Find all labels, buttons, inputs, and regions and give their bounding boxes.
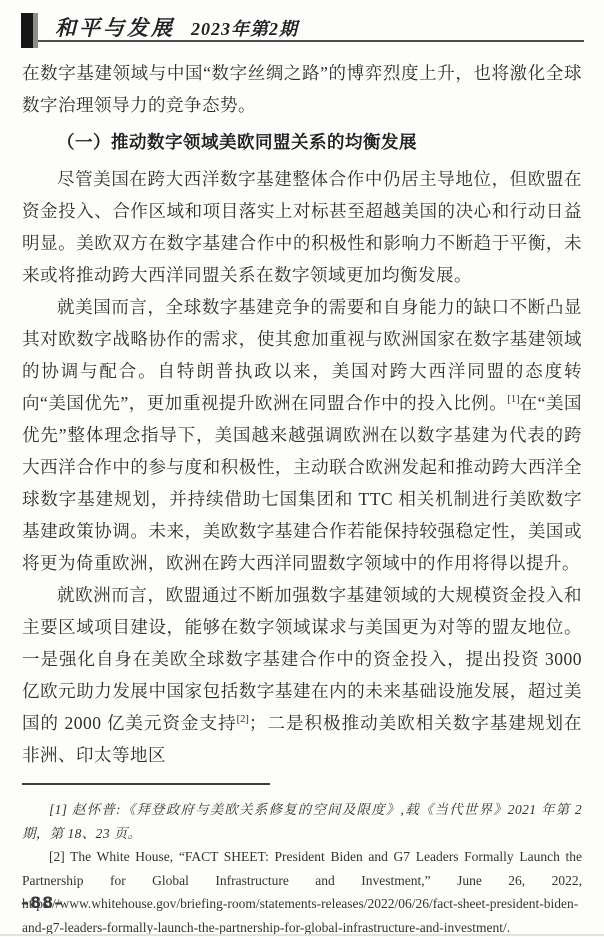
journal-title: 和平与发展: [55, 16, 175, 40]
journal-page: 和平与发展 2023年第2期 在数字基建领域与中国“数字丝绸之路”的博弈烈度上升…: [0, 0, 604, 937]
footnote-ref-2: [2]: [237, 714, 249, 725]
header-rule: [38, 40, 584, 42]
body-paragraph-1: 在数字基建领域与中国“数字丝绸之路”的博弈烈度上升，也将激化全球数字治理领导力的…: [22, 57, 582, 121]
footnote-separator-rule: [22, 783, 270, 785]
paragraph-4-text-pre: 就欧洲而言，欧盟通过不断加强数字基建领域的大规模资金投入和主要区域项目建设，能够…: [22, 585, 582, 733]
journal-issue: 2023年第2期: [191, 19, 298, 39]
footnote-2: [2] The White House, “FACT SHEET: Presid…: [22, 845, 582, 937]
paragraph-3-text-pre: 就美国而言，全球数字基建竞争的需要和自身能力的缺口不断凸显其对欧数字战略协作的需…: [22, 297, 582, 413]
page-header: 和平与发展 2023年第2期: [55, 12, 298, 42]
paragraph-3-text-post: 在“美国优先”整体理念指导下，美国越来越强调欧洲在以数字基建为代表的跨大西洋合作…: [22, 393, 582, 573]
page-number: –88–: [21, 893, 63, 912]
footnote-1: [1] 赵怀普:《拜登政府与美欧关系修复的空间及限度》,载《当代世界》2021 …: [22, 798, 582, 845]
body-paragraph-2: 尽管美国在跨大西洋数字基建整体合作中仍居主导地位，但欧盟在资金投入、合作区域和项…: [22, 163, 582, 291]
bottom-rule: [0, 934, 604, 936]
header-accent-bar: [21, 13, 33, 48]
body-paragraph-3: 就美国而言，全球数字基建竞争的需要和自身能力的缺口不断凸显其对欧数字战略协作的需…: [22, 291, 582, 579]
body-paragraph-4: 就欧洲而言，欧盟通过不断加强数字基建领域的大规模资金投入和主要区域项目建设，能够…: [22, 579, 582, 771]
section-heading: （一）推动数字领域美欧同盟关系的均衡发展: [22, 126, 582, 158]
footnote-ref-1: [1]: [507, 394, 519, 405]
article-body: 在数字基建领域与中国“数字丝绸之路”的博弈烈度上升，也将激化全球数字治理领导力的…: [22, 57, 582, 937]
